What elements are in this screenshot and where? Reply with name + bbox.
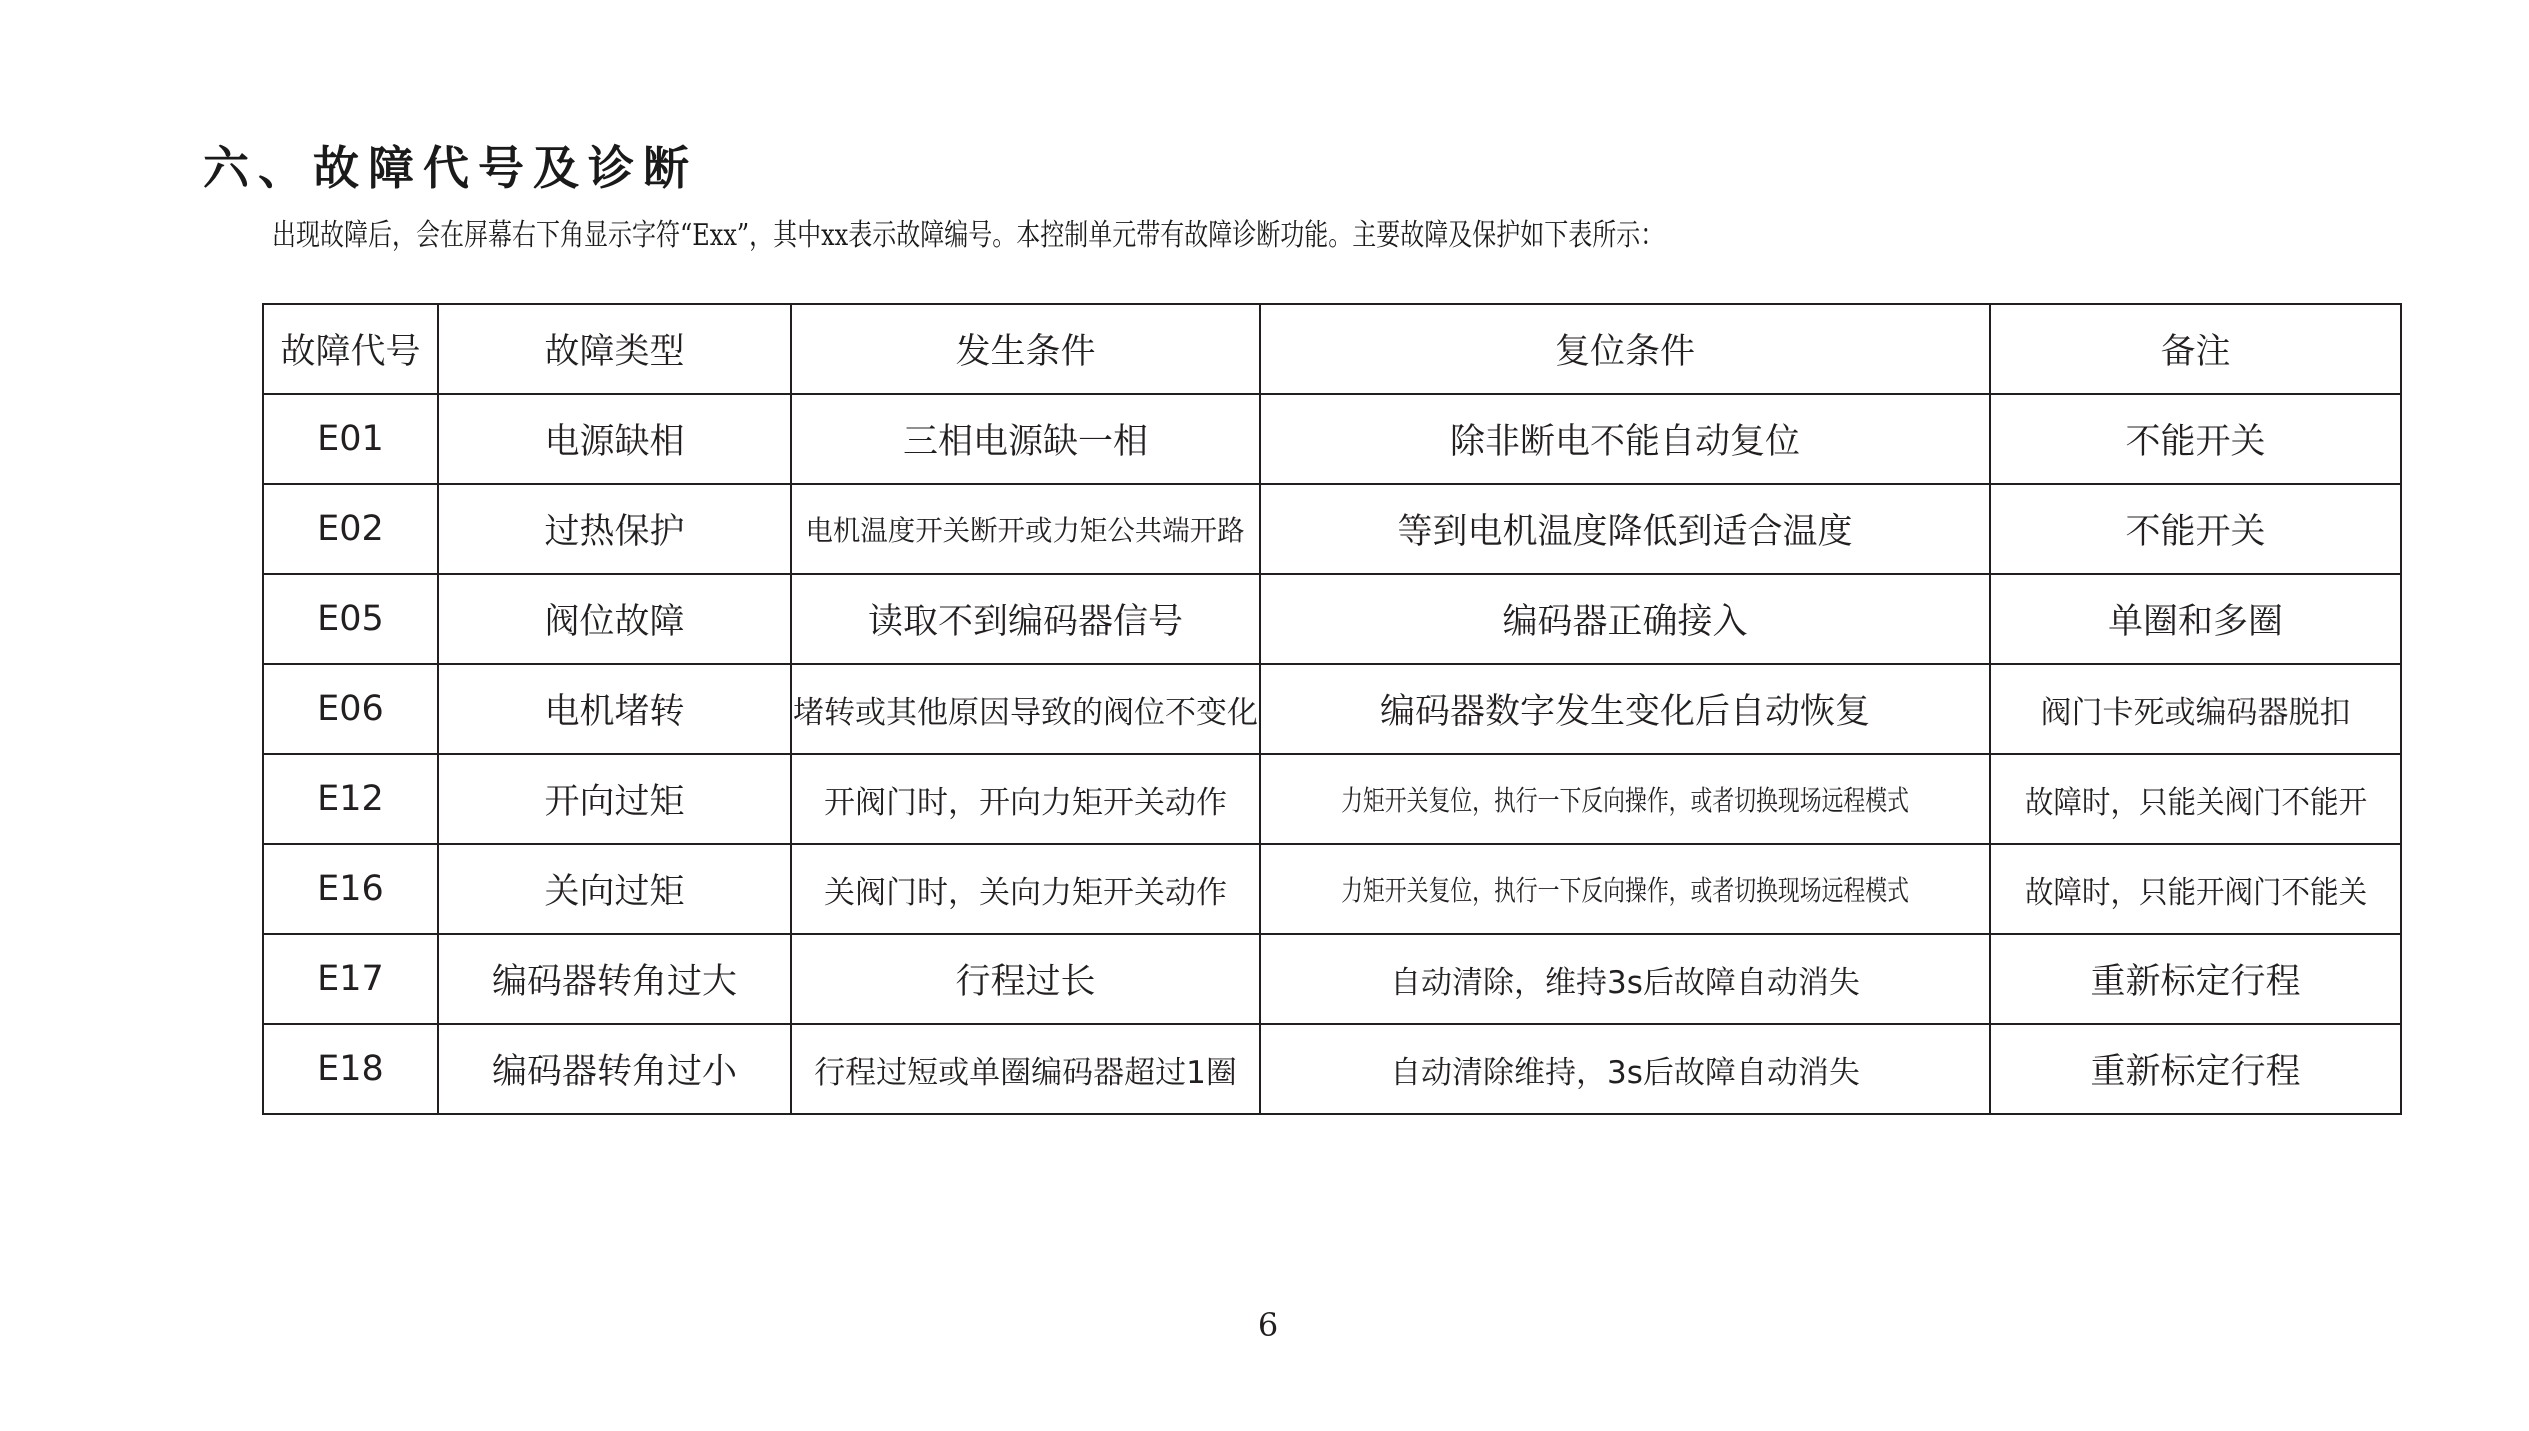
cell-note: 故障时，只能关阀门不能开 [1990, 754, 2401, 844]
cell-reset: 力矩开关复位，执行一下反向操作，或者切换现场远程模式 [1260, 754, 1990, 844]
cell-type: 电机堵转 [438, 664, 791, 754]
cell-reset-text: 力矩开关复位，执行一下反向操作，或者切换现场远程模式 [1341, 779, 1909, 819]
cell-type: 开向过矩 [438, 754, 791, 844]
table-row: E16 关向过矩 关阀门时，关向力矩开关动作 力矩开关复位，执行一下反向操作，或… [263, 844, 2401, 934]
table-row: E01 电源缺相 三相电源缺一相 除非断电不能自动复位 不能开关 [263, 394, 2401, 484]
fault-code-table: 故障代号 故障类型 发生条件 复位条件 备注 E01 电源缺相 三相电源缺一相 … [262, 303, 2402, 1115]
cell-reset: 等到电机温度降低到适合温度 [1260, 484, 1990, 574]
cell-code: E01 [263, 394, 438, 484]
table-row: E06 电机堵转 堵转或其他原因导致的阀位不变化 编码器数字发生变化后自动恢复 … [263, 664, 2401, 754]
table-row: E12 开向过矩 开阀门时，开向力矩开关动作 力矩开关复位，执行一下反向操作，或… [263, 754, 2401, 844]
cell-reset: 自动清除，维持3s后故障自动消失 [1260, 934, 1990, 1024]
cell-note: 不能开关 [1990, 484, 2401, 574]
cell-note-text: 故障时，只能关阀门不能开 [2024, 777, 2366, 822]
cell-condition: 行程过短或单圈编码器超过1圈 [791, 1024, 1260, 1114]
cell-reset: 编码器正确接入 [1260, 574, 1990, 664]
cell-condition: 堵转或其他原因导致的阀位不变化 [791, 664, 1260, 754]
cell-note: 单圈和多圈 [1990, 574, 2401, 664]
table-row: E18 编码器转角过小 行程过短或单圈编码器超过1圈 自动清除维持，3s后故障自… [263, 1024, 2401, 1114]
cell-code: E06 [263, 664, 438, 754]
cell-code: E12 [263, 754, 438, 844]
cell-code: E16 [263, 844, 438, 934]
header-fault-code: 故障代号 [263, 304, 438, 394]
cell-note: 重新标定行程 [1990, 1024, 2401, 1114]
table-row: E17 编码器转角过大 行程过长 自动清除，维持3s后故障自动消失 重新标定行程 [263, 934, 2401, 1024]
header-reset-condition: 复位条件 [1260, 304, 1990, 394]
header-remarks: 备注 [1990, 304, 2401, 394]
table-row: E02 过热保护 电机温度开关断开或力矩公共端开路 等到电机温度降低到适合温度 … [263, 484, 2401, 574]
cell-reset: 力矩开关复位，执行一下反向操作，或者切换现场远程模式 [1260, 844, 1990, 934]
cell-reset: 自动清除维持，3s后故障自动消失 [1260, 1024, 1990, 1114]
cell-reset-text: 力矩开关复位，执行一下反向操作，或者切换现场远程模式 [1341, 869, 1909, 909]
cell-type: 电源缺相 [438, 394, 791, 484]
cell-condition: 开阀门时，开向力矩开关动作 [791, 754, 1260, 844]
page-number: 6 [1256, 1306, 1280, 1344]
cell-code: E18 [263, 1024, 438, 1114]
cell-code: E02 [263, 484, 438, 574]
cell-type: 编码器转角过大 [438, 934, 791, 1024]
table-row: E05 阀位故障 读取不到编码器信号 编码器正确接入 单圈和多圈 [263, 574, 2401, 664]
cell-note: 不能开关 [1990, 394, 2401, 484]
table-header-row: 故障代号 故障类型 发生条件 复位条件 备注 [263, 304, 2401, 394]
cell-condition: 电机温度开关断开或力矩公共端开路 [791, 484, 1260, 574]
section-intro: 出现故障后，会在屏幕右下角显示字符“Exx”，其中xx表示故障编号。本控制单元带… [272, 216, 1664, 256]
cell-code: E05 [263, 574, 438, 664]
cell-condition: 行程过长 [791, 934, 1260, 1024]
cell-type: 编码器转角过小 [438, 1024, 791, 1114]
cell-condition: 读取不到编码器信号 [791, 574, 1260, 664]
header-trigger-condition: 发生条件 [791, 304, 1260, 394]
section-title: 六、故障代号及诊断 [203, 138, 698, 198]
cell-note-text: 故障时，只能开阀门不能关 [2024, 867, 2366, 912]
cell-note: 重新标定行程 [1990, 934, 2401, 1024]
cell-note: 故障时，只能开阀门不能关 [1990, 844, 2401, 934]
cell-type: 关向过矩 [438, 844, 791, 934]
cell-reset: 除非断电不能自动复位 [1260, 394, 1990, 484]
cell-note: 阀门卡死或编码器脱扣 [1990, 664, 2401, 754]
cell-condition: 关阀门时，关向力矩开关动作 [791, 844, 1260, 934]
cell-code: E17 [263, 934, 438, 1024]
cell-condition-text: 电机温度开关断开或力矩公共端开路 [806, 509, 1245, 549]
cell-condition: 三相电源缺一相 [791, 394, 1260, 484]
cell-reset: 编码器数字发生变化后自动恢复 [1260, 664, 1990, 754]
header-fault-type: 故障类型 [438, 304, 791, 394]
cell-type: 阀位故障 [438, 574, 791, 664]
cell-type: 过热保护 [438, 484, 791, 574]
